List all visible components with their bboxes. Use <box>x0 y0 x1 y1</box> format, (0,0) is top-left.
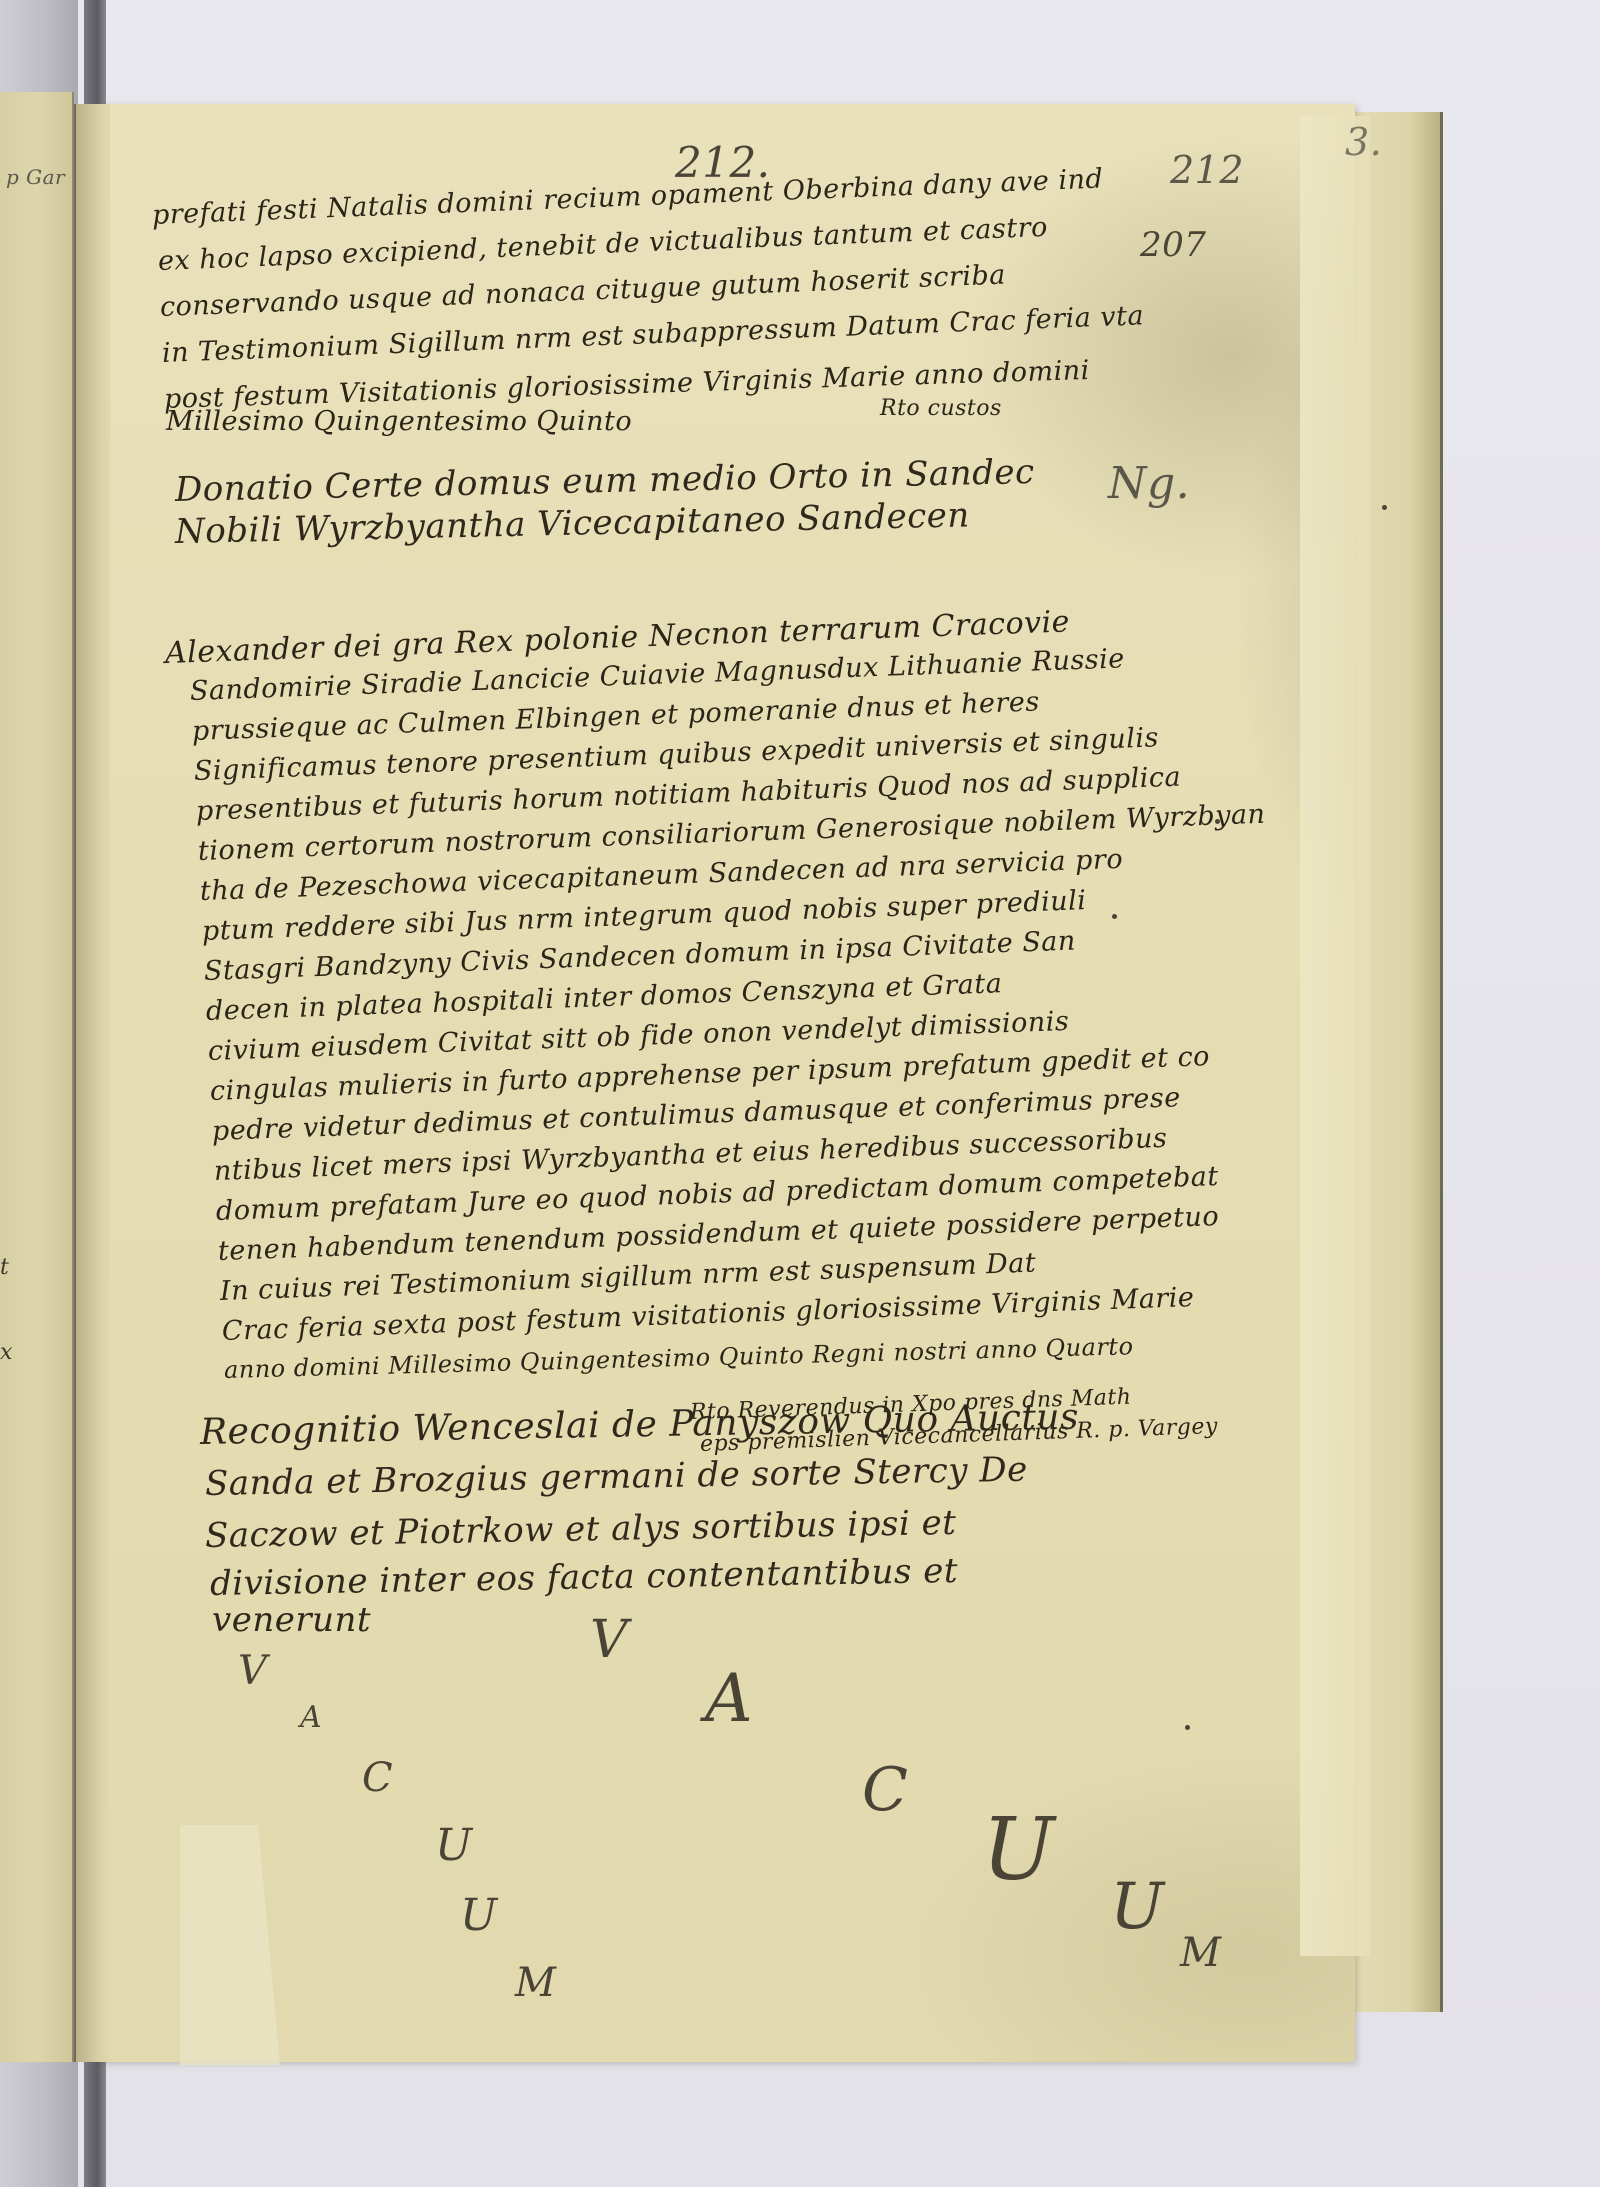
left-page-sliver <box>0 92 74 2062</box>
text-line: Millesimo Quingentesimo Quinto <box>166 406 632 437</box>
old-foliation-number: 207 <box>1140 225 1206 265</box>
pen-trial-letter: U <box>982 1800 1054 1900</box>
pen-trial-letter: M <box>1180 1930 1221 1976</box>
relator-note: Rto custos <box>880 396 1002 421</box>
text-line: venerunt <box>212 1600 371 1640</box>
ink-dot <box>1382 505 1387 510</box>
ink-dot <box>1215 819 1220 824</box>
left-page-marginal-note: p Gar <box>6 165 65 189</box>
pen-trial-letter: C <box>862 1755 908 1825</box>
pen-trial-letter: A <box>705 1660 753 1737</box>
page-gutter <box>74 104 110 2062</box>
folio-edge-flap <box>1300 116 1370 1956</box>
ink-dot <box>1185 1725 1190 1730</box>
pen-trial-letter: V <box>238 1648 267 1694</box>
left-page-mark: x <box>0 1340 13 1365</box>
pen-trial-letter: V <box>590 1610 628 1670</box>
folio-number-pencil: 212 <box>1170 148 1244 192</box>
pen-trial-letter: U <box>460 1890 497 1941</box>
pen-trial-letter: U <box>1110 1870 1164 1944</box>
pen-trial-letter: M <box>515 1960 556 2006</box>
folio-number-edge: 3. <box>1345 120 1382 164</box>
left-page-mark: t <box>0 1255 9 1280</box>
pen-trial-letter: C <box>362 1755 393 1801</box>
pen-trial-letter: A <box>300 1700 322 1735</box>
ink-dot <box>1112 914 1117 919</box>
pen-trial-letter: U <box>435 1820 472 1871</box>
marginal-nota-mark: Ng. <box>1108 458 1190 509</box>
